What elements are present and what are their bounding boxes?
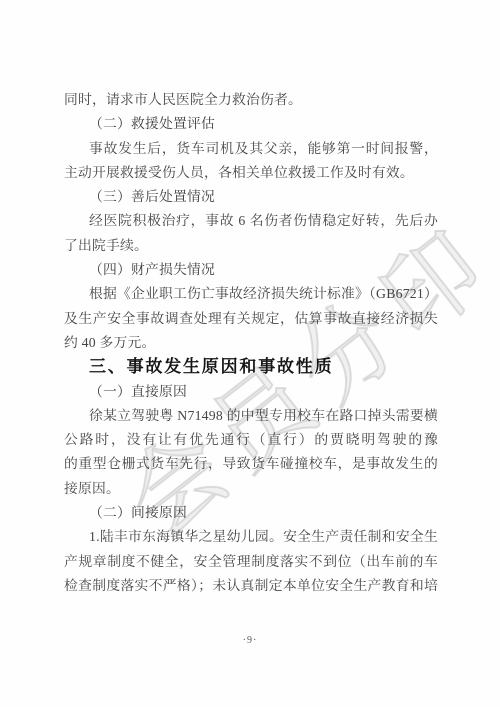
text-line: 检查制度落实不严格）；未认真制定本单位安全生产教育和培 — [64, 574, 438, 598]
text-line: 根据《企业职工伤亡事故经济损失统计标准》（GB6721） — [64, 282, 438, 306]
document-body: 同时，请求市人民医院全力救治伤者。（二）救援处置评估事故发生后，货车司机及其父亲… — [64, 88, 438, 598]
text-line: （二）间接原因 — [64, 501, 438, 525]
text-line: 的重型仓栅式货车先行，导致货车碰撞校车，是事故发生的直 — [64, 452, 438, 476]
text-line: 约 40 多万元。 — [64, 331, 438, 355]
text-line: 产规章制度不健全，安全管理制度落实不到位（出车前的车况 — [64, 550, 438, 574]
text-line: （三）善后处置情况 — [64, 185, 438, 209]
section-heading: 三、事故发生原因和事故性质 — [64, 355, 438, 379]
text-line: 主动开展救援受伤人员，各相关单位救援工作及时有效。 — [64, 161, 438, 185]
text-line: 接原因。 — [64, 477, 438, 501]
document-page: 会员分印 同时，请求市人民医院全力救治伤者。（二）救援处置评估事故发生后，货车司… — [0, 0, 500, 707]
text-line: （四）财产损失情况 — [64, 258, 438, 282]
page-number: ·9· — [0, 635, 500, 646]
text-line: （二）救援处置评估 — [64, 112, 438, 136]
text-line: 1.陆丰市东海镇华之星幼儿园。安全生产责任制和安全生 — [64, 525, 438, 549]
text-line: 事故发生后，货车司机及其父亲，能够第一时间报警，并 — [64, 137, 438, 161]
text-line: 经医院积极治疗，事故 6 名伤者伤情稳定好转，先后办理 — [64, 209, 438, 233]
text-line: 同时，请求市人民医院全力救治伤者。 — [64, 88, 438, 112]
text-line: 了出院手续。 — [64, 234, 438, 258]
text-line: 及生产安全事故调查处理有关规定，估算事故直接经济损失共 — [64, 307, 438, 331]
text-line: 公路时，没有让有优先通行（直行）的贾晓明驾驶的豫 S29520 — [64, 428, 438, 452]
text-line: （一）直接原因 — [64, 380, 438, 404]
text-line: 徐某立驾驶粤 N71498 的中型专用校车在路口掉头需要横过 — [64, 404, 438, 428]
